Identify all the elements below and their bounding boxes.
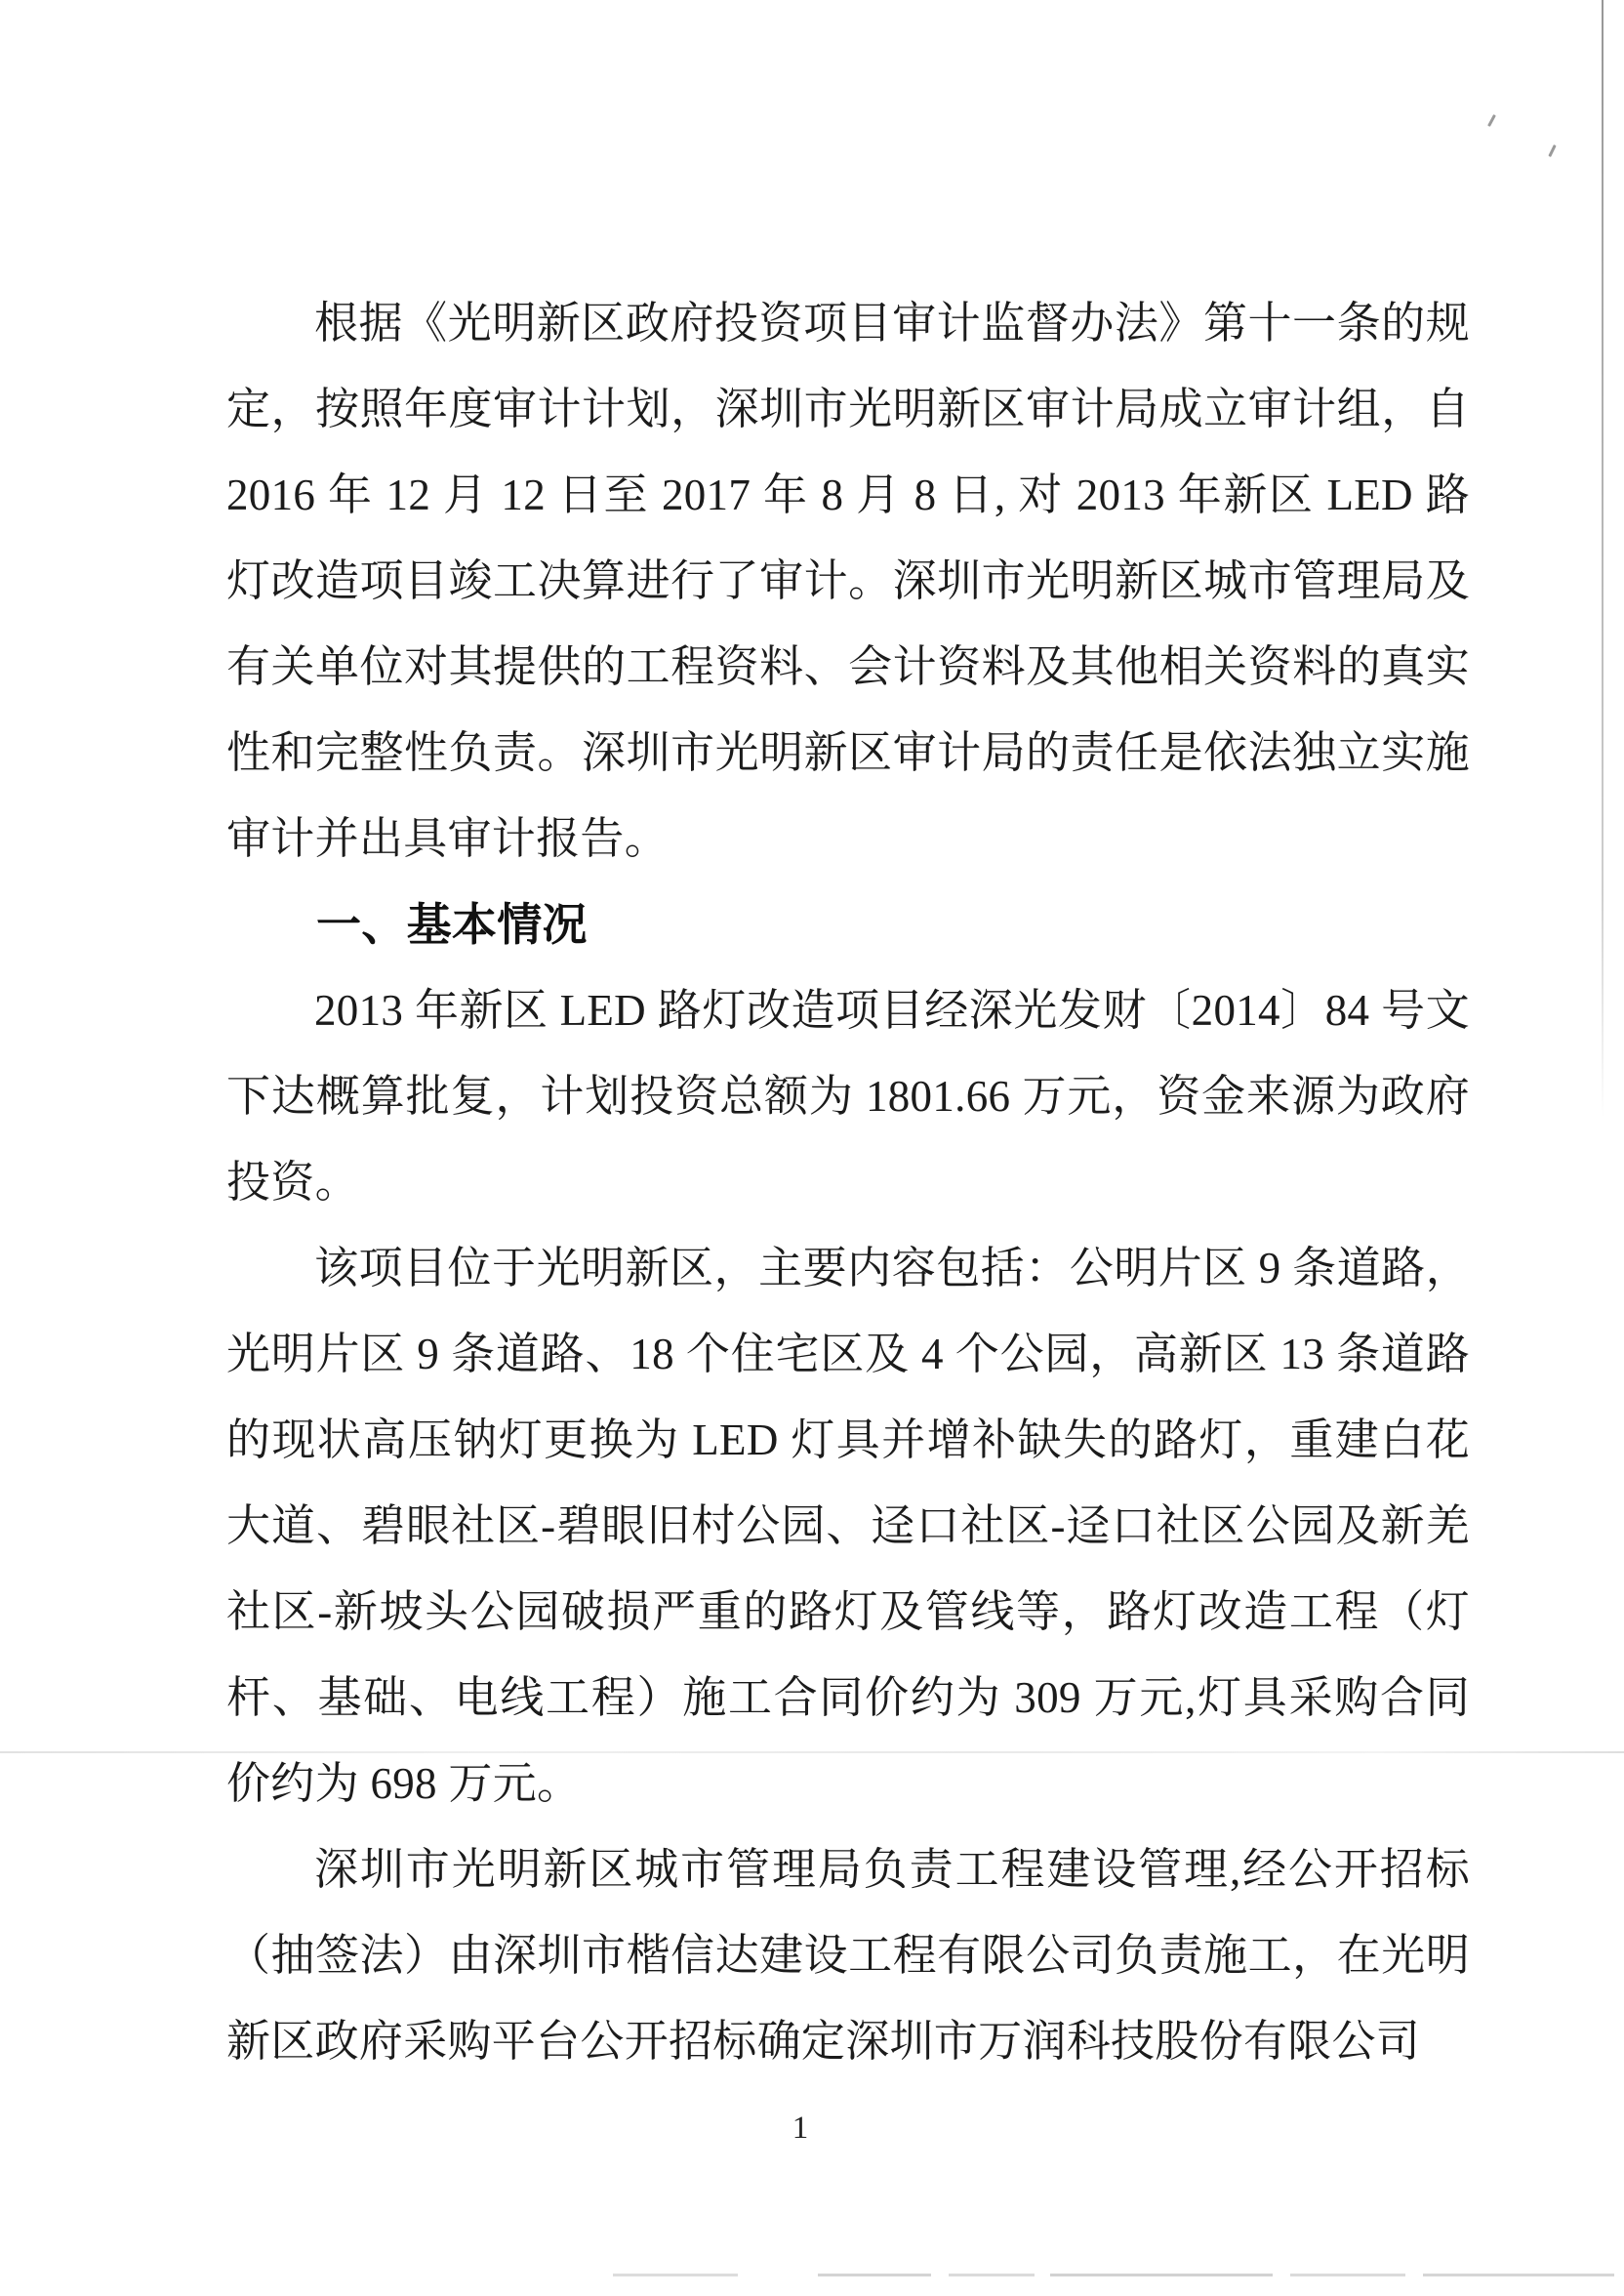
scan-artifact-bottom-dash <box>1423 2274 1614 2276</box>
paragraph-construction-management: 深圳市光明新区城市管理局负责工程建设管理,经公开招标（抽签法）由深圳市楷信达建设… <box>226 1826 1470 2084</box>
report-text-block: 根据《光明新区政府投资项目审计监督办法》第十一条的规定，按照年度审计计划，深圳市… <box>226 280 1470 2084</box>
document-page: 根据《光明新区政府投资项目审计监督办法》第十一条的规定，按照年度审计计划，深圳市… <box>0 0 1624 2296</box>
scan-artifact-speck <box>1548 144 1556 157</box>
page-number: 1 <box>771 2109 830 2148</box>
scan-artifact-bottom-dash <box>1050 2274 1273 2276</box>
paragraph-project-scope: 该项目位于光明新区，主要内容包括：公明片区 9 条道路，光明片区 9 条道路、1… <box>226 1225 1470 1826</box>
scan-artifact-speck <box>1487 114 1496 127</box>
scan-artifact-bottom-dash <box>1290 2274 1405 2276</box>
section-heading-basic-situation: 一、基本情况 <box>226 881 1470 967</box>
paragraph-budget-approval: 2013 年新区 LED 路灯改造项目经深光发财〔2014〕84 号文下达概算批… <box>226 967 1470 1225</box>
scan-artifact-bottom-dash <box>949 2274 1035 2276</box>
scan-artifact-bottom-dash <box>818 2274 931 2276</box>
scan-artifact-right-edge-line <box>1602 0 1604 1118</box>
paragraph-audit-basis: 根据《光明新区政府投资项目审计监督办法》第十一条的规定，按照年度审计计划，深圳市… <box>226 280 1470 881</box>
scan-artifact-bottom-dash <box>613 2274 738 2276</box>
